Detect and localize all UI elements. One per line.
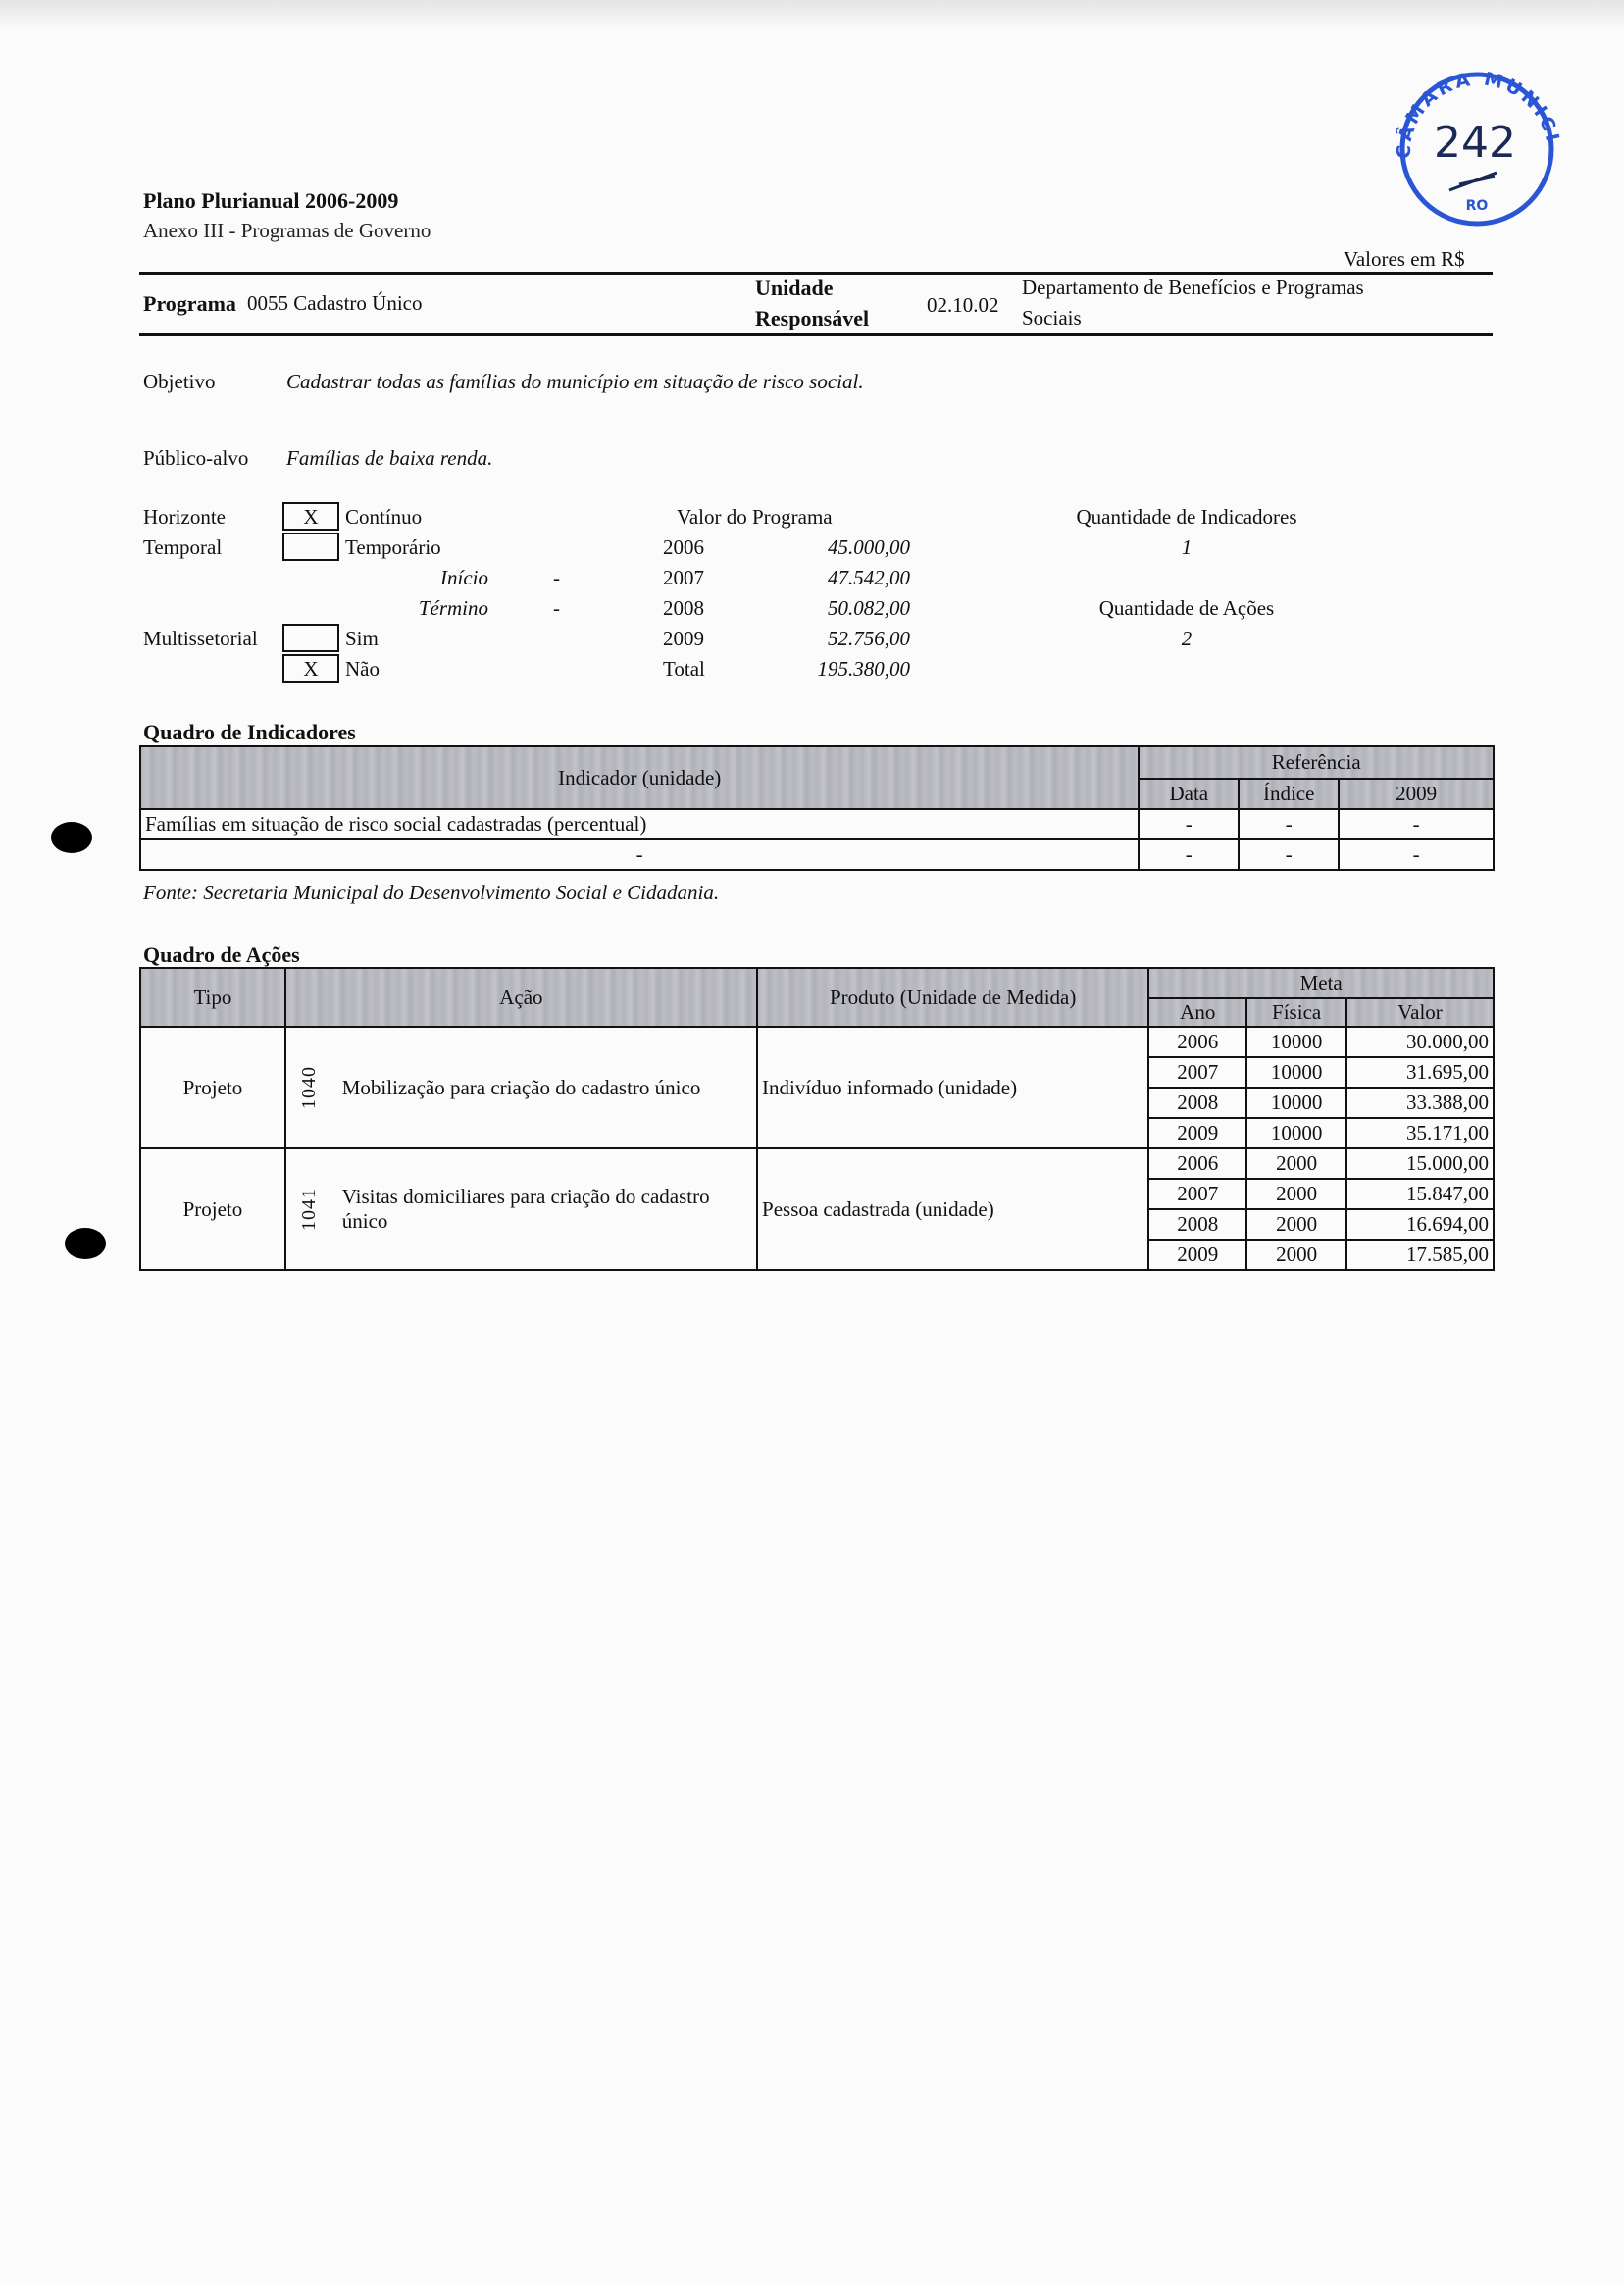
program-value-amount: 50.082,00 bbox=[745, 596, 910, 621]
option-continuo: Contínuo bbox=[345, 505, 422, 530]
goal-physical: 10000 bbox=[1246, 1057, 1346, 1088]
program-bottom-rule bbox=[139, 333, 1493, 336]
table-row: Famílias em situação de risco social cad… bbox=[140, 809, 1494, 839]
table-row: - - - - bbox=[140, 839, 1494, 870]
unit-name-1: Departamento de Benefícios e Programas bbox=[1022, 276, 1364, 300]
col-reference: Referência bbox=[1139, 746, 1494, 779]
unit-code: 02.10.02 bbox=[927, 293, 999, 318]
checkbox-continuo[interactable]: X bbox=[282, 502, 339, 531]
unit-name-2: Sociais bbox=[1022, 306, 1082, 330]
goal-value: 15.000,00 bbox=[1346, 1148, 1494, 1179]
col-index: Índice bbox=[1239, 779, 1339, 809]
indicators-count-label: Quantidade de Indicadores bbox=[1059, 505, 1314, 530]
goal-value: 35.171,00 bbox=[1346, 1118, 1494, 1148]
goal-value: 16.694,00 bbox=[1346, 1209, 1494, 1240]
indicators-count-value: 1 bbox=[1059, 535, 1314, 560]
program-value-year: 2006 bbox=[663, 535, 704, 560]
audience-text: Famílias de baixa renda. bbox=[286, 446, 492, 471]
goal-physical: 10000 bbox=[1246, 1088, 1346, 1118]
indicator-date: - bbox=[1139, 839, 1239, 870]
end-value: - bbox=[553, 596, 560, 621]
col-goal: Meta bbox=[1148, 968, 1494, 998]
goal-physical: 2000 bbox=[1246, 1209, 1346, 1240]
multisector-label: Multissetorial bbox=[143, 627, 258, 651]
objective-label: Objetivo bbox=[143, 370, 216, 394]
end-label: Término bbox=[390, 596, 488, 621]
col-action: Ação bbox=[285, 968, 757, 1027]
actions-table: Tipo Ação Produto (Unidade de Medida) Me… bbox=[139, 967, 1495, 1271]
stamp-page-number: 242 bbox=[1434, 118, 1516, 168]
goal-year: 2009 bbox=[1148, 1240, 1246, 1270]
option-temporario: Temporário bbox=[345, 535, 441, 560]
indicator-index: - bbox=[1239, 809, 1339, 839]
action-name: Visitas domiciliares para criação do cad… bbox=[332, 1148, 757, 1270]
option-nao: Não bbox=[345, 657, 380, 682]
action-type: Projeto bbox=[140, 1027, 285, 1148]
goal-value: 17.585,00 bbox=[1346, 1240, 1494, 1270]
table-row: Projeto1040Mobilização para criação do c… bbox=[140, 1027, 1494, 1057]
goal-year: 2007 bbox=[1148, 1179, 1246, 1209]
goal-year: 2008 bbox=[1148, 1209, 1246, 1240]
actions-title: Quadro de Ações bbox=[143, 942, 300, 968]
indicators-table: Indicador (unidade) Referência Data Índi… bbox=[139, 745, 1495, 871]
actions-count-value: 2 bbox=[1059, 627, 1314, 651]
col-year: 2009 bbox=[1339, 779, 1494, 809]
col-indicator: Indicador (unidade) bbox=[140, 746, 1139, 809]
program-value-year: Total bbox=[663, 657, 705, 682]
goal-physical: 2000 bbox=[1246, 1148, 1346, 1179]
action-code: 1040 bbox=[298, 1066, 321, 1109]
unit-label-2: Responsável bbox=[755, 306, 869, 331]
program-value-year: 2008 bbox=[663, 596, 704, 621]
goal-value: 15.847,00 bbox=[1346, 1179, 1494, 1209]
goal-physical: 10000 bbox=[1246, 1027, 1346, 1057]
checkbox-temporario[interactable] bbox=[282, 533, 339, 561]
indicators-source: Fonte: Secretaria Municipal do Desenvolv… bbox=[143, 881, 719, 905]
program-label: Programa bbox=[143, 291, 236, 317]
currency-note: Valores em R$ bbox=[1344, 247, 1465, 272]
indicators-title: Quadro de Indicadores bbox=[143, 720, 356, 745]
program-top-rule bbox=[139, 272, 1493, 275]
svg-text:RO: RO bbox=[1466, 198, 1489, 214]
program-value-amount: 45.000,00 bbox=[745, 535, 910, 560]
objective-text: Cadastrar todas as famílias do município… bbox=[286, 370, 864, 394]
binder-hole-top bbox=[51, 822, 92, 853]
scan-shadow bbox=[0, 0, 1624, 29]
start-value: - bbox=[553, 566, 560, 590]
goal-physical: 2000 bbox=[1246, 1179, 1346, 1209]
col-goal-physical: Física bbox=[1246, 998, 1346, 1027]
goal-year: 2008 bbox=[1148, 1088, 1246, 1118]
goal-physical: 2000 bbox=[1246, 1240, 1346, 1270]
action-product: Indivíduo informado (unidade) bbox=[757, 1027, 1148, 1148]
action-name: Mobilização para criação do cadastro úni… bbox=[332, 1027, 757, 1148]
program-value-amount: 195.380,00 bbox=[745, 657, 910, 682]
program-value-year: 2009 bbox=[663, 627, 704, 651]
goal-value: 33.388,00 bbox=[1346, 1088, 1494, 1118]
unit-label-1: Unidade bbox=[755, 276, 833, 301]
goal-year: 2006 bbox=[1148, 1148, 1246, 1179]
binder-hole-bottom bbox=[65, 1228, 106, 1259]
action-type: Projeto bbox=[140, 1148, 285, 1270]
col-type: Tipo bbox=[140, 968, 285, 1027]
audience-label: Público-alvo bbox=[143, 446, 248, 471]
goal-year: 2007 bbox=[1148, 1057, 1246, 1088]
camara-municipal-stamp: CÂMARA MUNICIPAL 242 RO bbox=[1381, 61, 1573, 229]
document-subtitle: Anexo III - Programas de Governo bbox=[143, 219, 431, 243]
indicator-name: Famílias em situação de risco social cad… bbox=[140, 809, 1139, 839]
indicator-name: - bbox=[140, 839, 1139, 870]
col-product: Produto (Unidade de Medida) bbox=[757, 968, 1148, 1027]
program-value-label: Valor do Programa bbox=[677, 505, 833, 530]
horizon-label-2: Temporal bbox=[143, 535, 222, 560]
checkbox-sim[interactable] bbox=[282, 624, 339, 652]
table-row: Projeto1041Visitas domiciliares para cri… bbox=[140, 1148, 1494, 1179]
actions-count-label: Quantidade de Ações bbox=[1059, 596, 1314, 621]
option-sim: Sim bbox=[345, 627, 379, 651]
action-code: 1041 bbox=[298, 1188, 321, 1231]
action-product: Pessoa cadastrada (unidade) bbox=[757, 1148, 1148, 1270]
horizon-label-1: Horizonte bbox=[143, 505, 226, 530]
col-goal-value: Valor bbox=[1346, 998, 1494, 1027]
program-value-year: 2007 bbox=[663, 566, 704, 590]
goal-value: 30.000,00 bbox=[1346, 1027, 1494, 1057]
program-code-name: 0055 Cadastro Único bbox=[247, 291, 422, 316]
program-value-amount: 47.542,00 bbox=[745, 566, 910, 590]
col-date: Data bbox=[1139, 779, 1239, 809]
indicator-year: - bbox=[1339, 809, 1494, 839]
program-value-amount: 52.756,00 bbox=[745, 627, 910, 651]
indicator-year: - bbox=[1339, 839, 1494, 870]
col-goal-year: Ano bbox=[1148, 998, 1246, 1027]
goal-year: 2009 bbox=[1148, 1118, 1246, 1148]
goal-physical: 10000 bbox=[1246, 1118, 1346, 1148]
indicator-index: - bbox=[1239, 839, 1339, 870]
checkbox-nao[interactable]: X bbox=[282, 654, 339, 683]
start-label: Início bbox=[420, 566, 488, 590]
goal-value: 31.695,00 bbox=[1346, 1057, 1494, 1088]
goal-year: 2006 bbox=[1148, 1027, 1246, 1057]
indicator-date: - bbox=[1139, 809, 1239, 839]
document-title: Plano Plurianual 2006-2009 bbox=[143, 188, 398, 214]
